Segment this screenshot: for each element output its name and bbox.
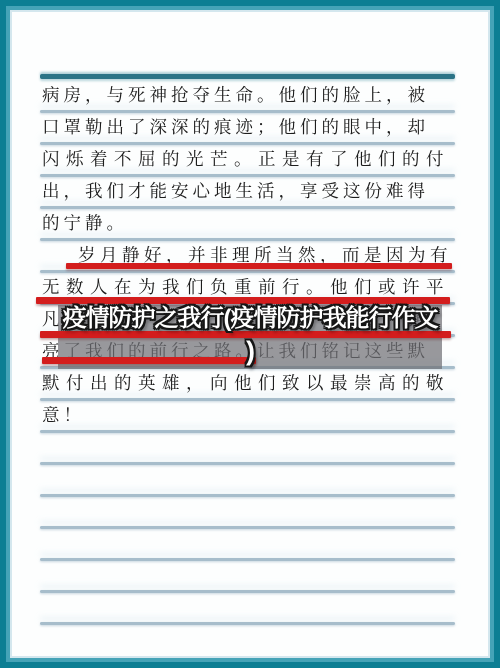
ruled-line bbox=[40, 270, 455, 273]
handwritten-line: 口罩勒出了深深的痕迹；他们的眼中，却 bbox=[42, 116, 452, 142]
article-title-line2: ) bbox=[58, 335, 442, 367]
ruled-line bbox=[40, 238, 455, 241]
handwritten-line: 出，我们才能安心地生活，享受这份难得 bbox=[42, 180, 452, 206]
ruled-line bbox=[40, 526, 455, 529]
top-margin-rule bbox=[40, 74, 455, 79]
ruled-line bbox=[40, 558, 455, 561]
handwritten-line: 的宁静。 bbox=[42, 212, 452, 238]
ruled-line bbox=[40, 462, 455, 465]
handwritten-line: 病房，与死神抢夺生命。他们的脸上，被 bbox=[42, 84, 452, 110]
ruled-line bbox=[40, 430, 455, 433]
handwritten-line: 默付出的英雄，向他们致以最崇高的敬 bbox=[42, 372, 452, 398]
ruled-line bbox=[40, 110, 455, 113]
ruled-line bbox=[40, 206, 455, 209]
article-title-line1: 疫情防护之我行(疫情防护我能行作文 bbox=[58, 303, 442, 335]
ruled-line bbox=[40, 494, 455, 497]
ruled-line bbox=[40, 590, 455, 593]
ruled-line bbox=[40, 174, 455, 177]
article-title-overlay: 疫情防护之我行(疫情防护我能行作文 ) bbox=[58, 303, 442, 367]
essay-cover-image: 病房，与死神抢夺生命。他们的脸上，被 口罩勒出了深深的痕迹；他们的眼中，却 闪烁… bbox=[0, 0, 500, 668]
red-underline bbox=[66, 263, 452, 269]
ruled-line bbox=[40, 398, 455, 401]
handwritten-line: 闪烁着不屈的光芒。正是有了他们的付 bbox=[42, 148, 452, 174]
ruled-line bbox=[40, 142, 455, 145]
ruled-line bbox=[40, 622, 455, 625]
handwritten-line: 意！ bbox=[42, 404, 452, 430]
